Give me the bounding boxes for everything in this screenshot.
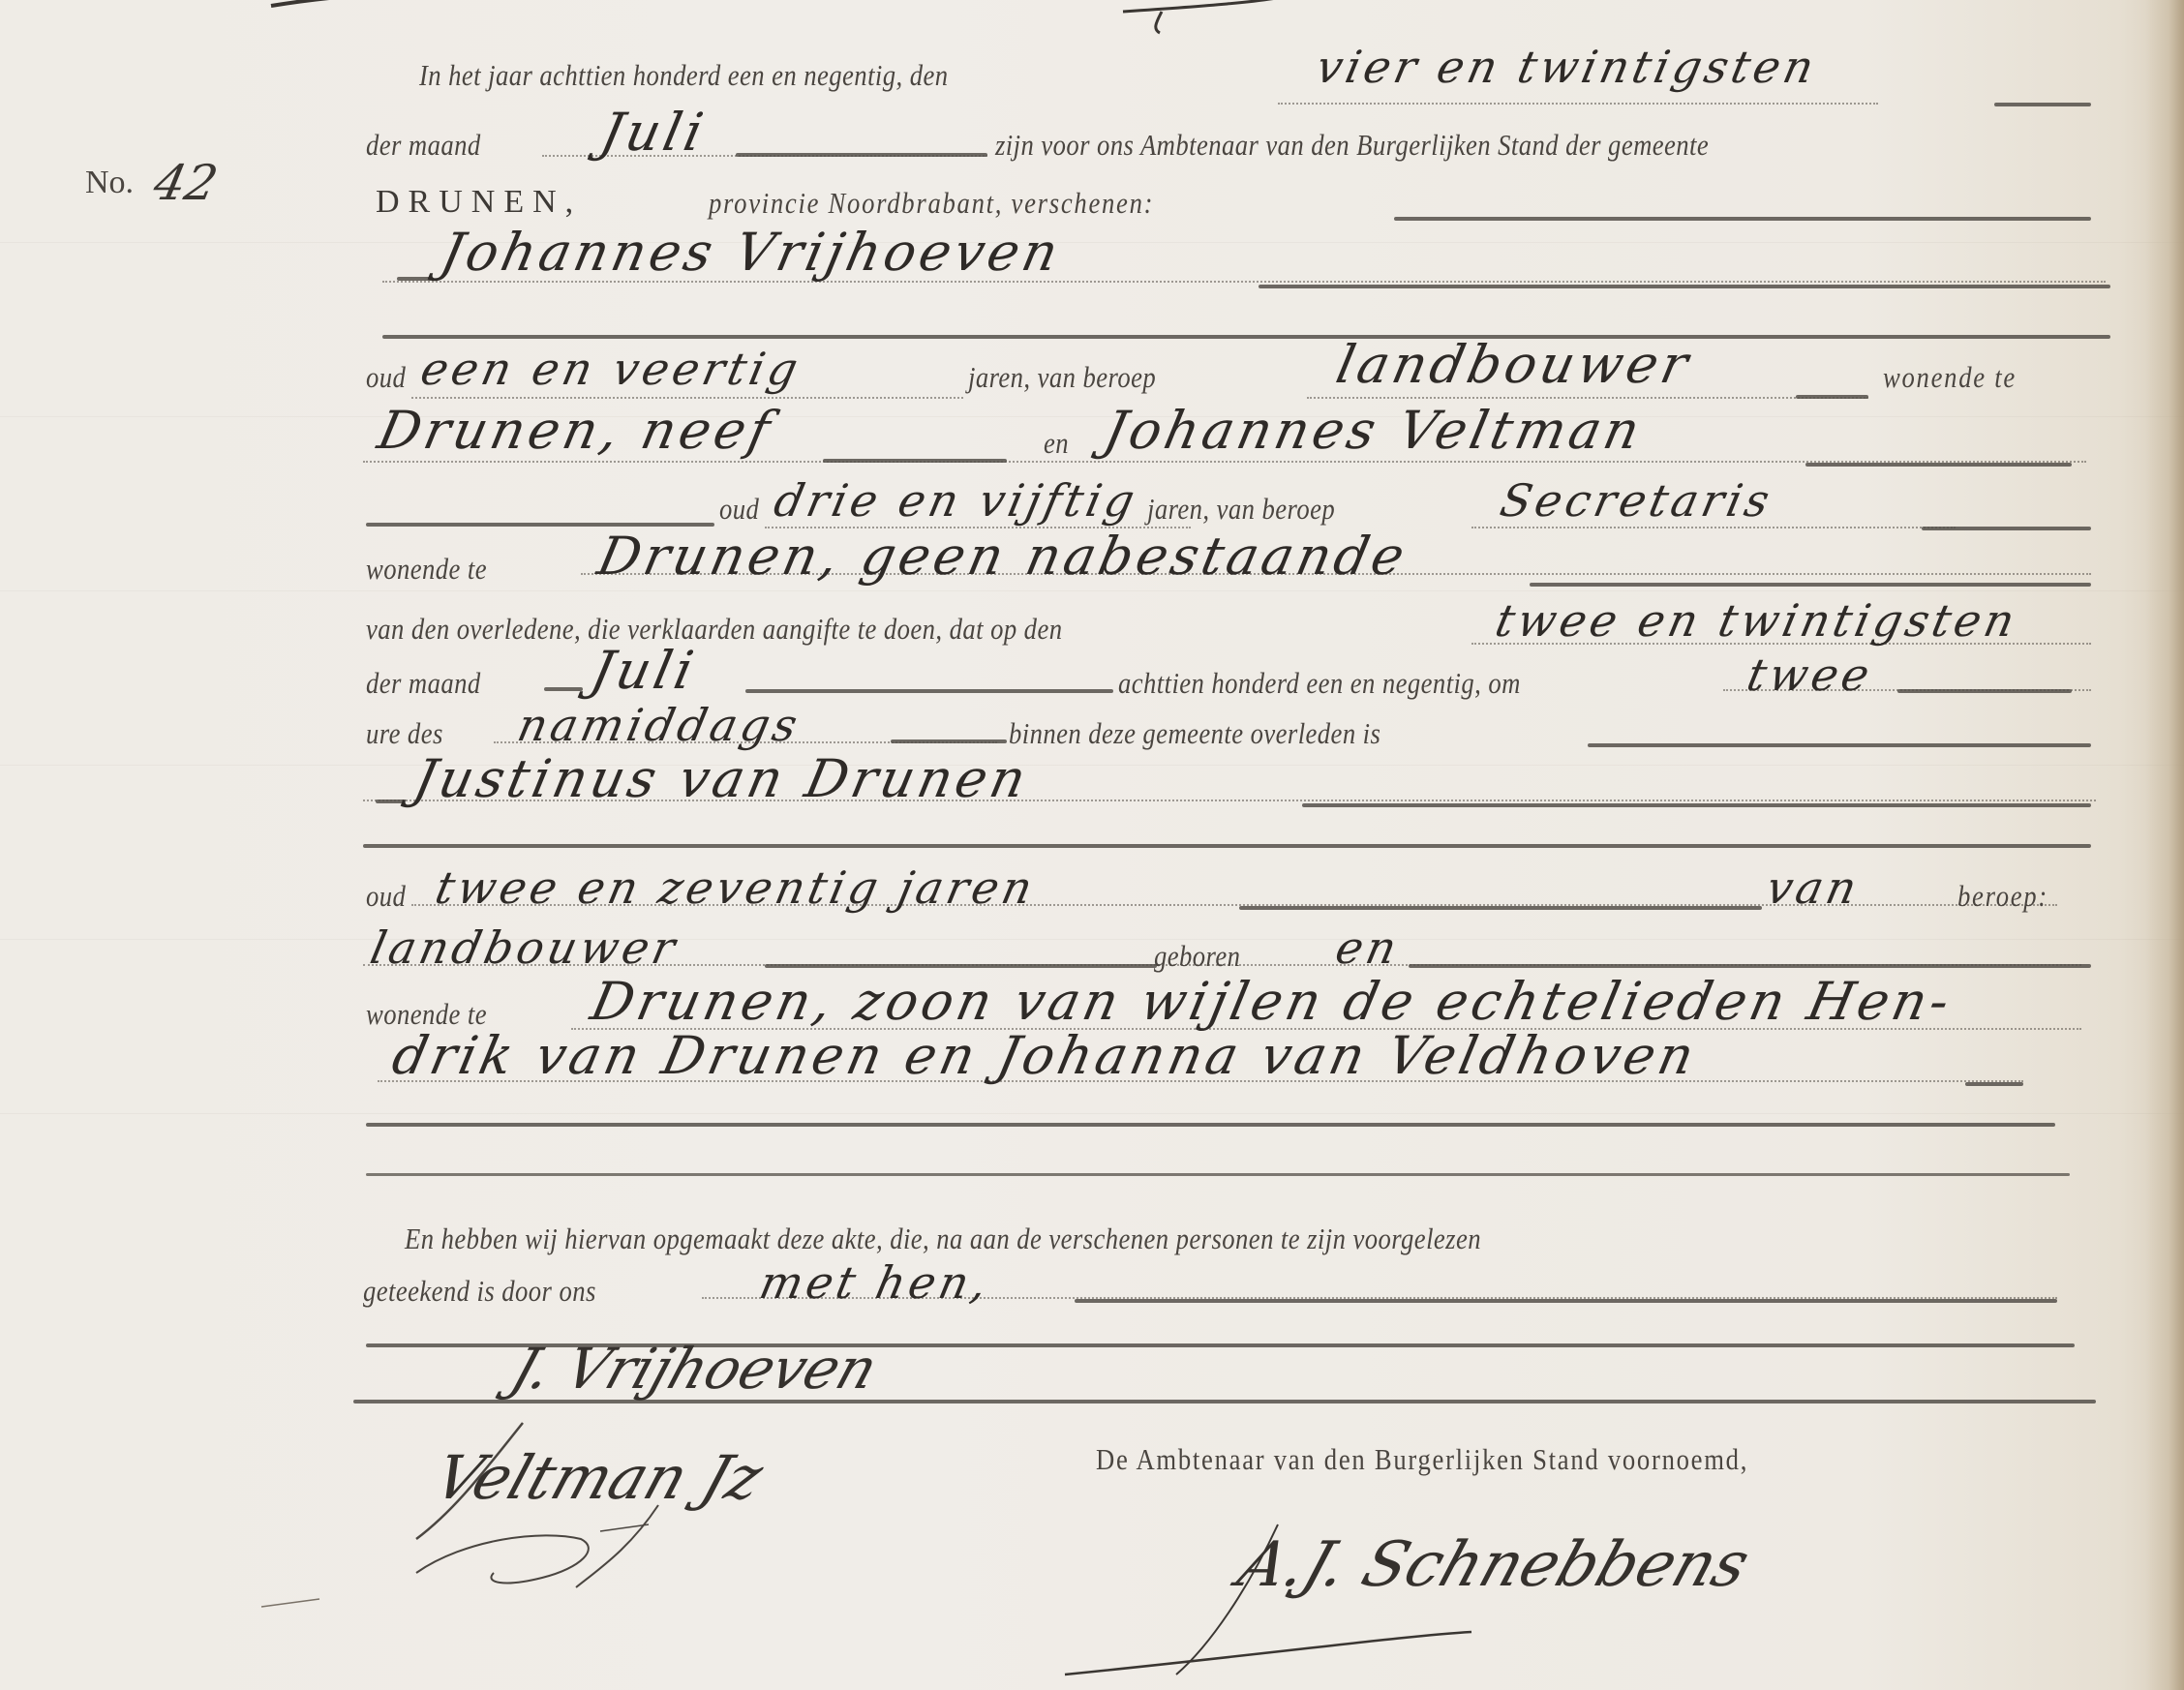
fill-stroke bbox=[1409, 964, 2091, 968]
page-rule bbox=[0, 1113, 2184, 1114]
page-rule bbox=[0, 242, 2184, 243]
handwritten-deceased-name: Justinus van Drunen bbox=[409, 748, 1035, 809]
dotted-rule bbox=[1307, 397, 1868, 399]
handwritten-deceased-age: twee en zeventig jaren bbox=[431, 861, 1041, 914]
certificate-page: No. 42 In het jaar achttien honderd een … bbox=[0, 0, 2184, 1690]
handwritten-occupation: landbouwer bbox=[1331, 334, 1697, 395]
fill-stroke bbox=[823, 459, 1007, 463]
printed-text: oud bbox=[366, 879, 406, 914]
page-rule bbox=[0, 590, 2184, 591]
handwritten-death-day: twee en twintigsten bbox=[1491, 594, 2023, 647]
printed-text: van den overledene, die verklaarden aang… bbox=[366, 612, 1062, 647]
dotted-rule bbox=[1278, 103, 1878, 105]
handwritten-deceased-occupation: landbouwer bbox=[366, 921, 683, 974]
handwritten-signed-with: met hen, bbox=[755, 1256, 996, 1309]
printed-text: oud bbox=[719, 492, 759, 527]
handwritten-day: vier en twintigsten bbox=[1312, 41, 1822, 93]
printed-text: provincie Noordbrabant, verschenen: bbox=[709, 186, 1154, 221]
dotted-rule bbox=[411, 397, 963, 399]
printed-text: En hebben wij hiervan opgemaakt deze akt… bbox=[405, 1222, 1481, 1256]
fill-stroke bbox=[891, 739, 1007, 743]
printed-text: en bbox=[1044, 426, 1069, 461]
fill-stroke bbox=[736, 153, 987, 157]
printed-text: In het jaar achttien honderd een en nege… bbox=[419, 58, 948, 93]
printed-text: der maand bbox=[366, 128, 481, 163]
handwritten-residence: Drunen, geen nabestaande bbox=[592, 526, 1413, 587]
fill-stroke bbox=[1588, 743, 2091, 747]
handwritten-residence-relation: Drunen, neef bbox=[373, 400, 779, 461]
printed-text: oud bbox=[366, 360, 406, 395]
book-spine-shadow bbox=[2145, 0, 2184, 1690]
dotted-rule bbox=[1471, 527, 1956, 528]
fill-stroke bbox=[1075, 1299, 2057, 1303]
printed-text: binnen deze gemeente overleden is bbox=[1009, 716, 1380, 751]
handwritten-parents-line-2: drik van Drunen en Johanna van Veldhoven bbox=[387, 1025, 1703, 1086]
printed-text: geboren bbox=[1154, 939, 1240, 974]
printed-text: der maand bbox=[366, 666, 481, 701]
fill-stroke bbox=[765, 964, 1157, 968]
fill-stroke bbox=[363, 844, 2091, 848]
handwritten-van: van bbox=[1762, 861, 1865, 914]
fill-stroke bbox=[1796, 395, 1868, 399]
record-number-label: No. bbox=[85, 165, 134, 201]
fill-stroke bbox=[1394, 217, 2091, 221]
official-caption: De Ambtenaar van den Burgerlijken Stand … bbox=[1096, 1442, 1748, 1477]
handwritten-occupation: Secretaris bbox=[1496, 474, 1777, 527]
fill-stroke bbox=[1965, 1082, 2023, 1086]
printed-text: jaren, van beroep bbox=[1147, 492, 1335, 527]
handwritten-month: Juli bbox=[595, 102, 712, 163]
printed-text: ure des bbox=[366, 716, 443, 751]
signature-official: A.J. Schnebbens bbox=[1229, 1529, 1758, 1601]
signature-witness-1: J. Vrijhoeven bbox=[503, 1336, 886, 1402]
fill-stroke bbox=[1805, 463, 2072, 467]
handwritten-death-month: Juli bbox=[586, 640, 702, 701]
top-flourish-stroke bbox=[0, 0, 2184, 58]
fill-stroke bbox=[366, 1123, 2055, 1127]
fill-stroke bbox=[1897, 689, 2072, 693]
handwritten-death-hour: twee bbox=[1743, 649, 1878, 701]
fill-stroke bbox=[366, 1173, 2070, 1176]
printed-text: achttien honderd een en negentig, om bbox=[1118, 666, 1521, 701]
page-rule bbox=[0, 765, 2184, 766]
handwritten-parents-line-1: Drunen, zoon van wijlen de echtelieden H… bbox=[586, 971, 1958, 1032]
fill-stroke bbox=[382, 335, 2110, 339]
fill-stroke bbox=[1239, 906, 1762, 910]
signature-witness-2: Veltman Jz bbox=[426, 1442, 772, 1513]
fill-stroke bbox=[397, 277, 432, 281]
handwritten-age: drie en vijftig bbox=[770, 474, 1143, 527]
fill-stroke bbox=[745, 689, 1113, 693]
municipality-name: DRUNEN, bbox=[376, 184, 582, 221]
fill-stroke bbox=[1530, 583, 2091, 587]
fill-stroke bbox=[1922, 527, 2091, 530]
printed-text: zijn voor ons Ambtenaar van den Burgerli… bbox=[995, 128, 1709, 163]
fill-stroke bbox=[1302, 803, 2091, 807]
printed-text: wonende te bbox=[1883, 360, 2017, 395]
printed-text: beroep: bbox=[1957, 879, 2048, 914]
fill-stroke bbox=[1259, 285, 2110, 288]
handwritten-declarant-1: Johannes Vrijhoeven bbox=[436, 222, 1067, 283]
page-rule bbox=[0, 416, 2184, 417]
fill-stroke bbox=[1994, 103, 2091, 106]
handwritten-declarant-2: Johannes Veltman bbox=[1099, 400, 1649, 461]
handwritten-age: een en veertig bbox=[416, 343, 806, 395]
page-rule bbox=[0, 939, 2184, 940]
printed-text: wonende te bbox=[366, 552, 487, 587]
printed-text: geteekend is door ons bbox=[363, 1274, 596, 1309]
fill-stroke bbox=[376, 800, 405, 803]
handwritten-time-of-day: namiddags bbox=[513, 699, 805, 751]
handwritten-birthplace: en bbox=[1331, 921, 1405, 974]
record-number: 42 bbox=[149, 155, 223, 211]
printed-text: jaren, van beroep bbox=[968, 360, 1156, 395]
fill-stroke bbox=[544, 687, 583, 691]
